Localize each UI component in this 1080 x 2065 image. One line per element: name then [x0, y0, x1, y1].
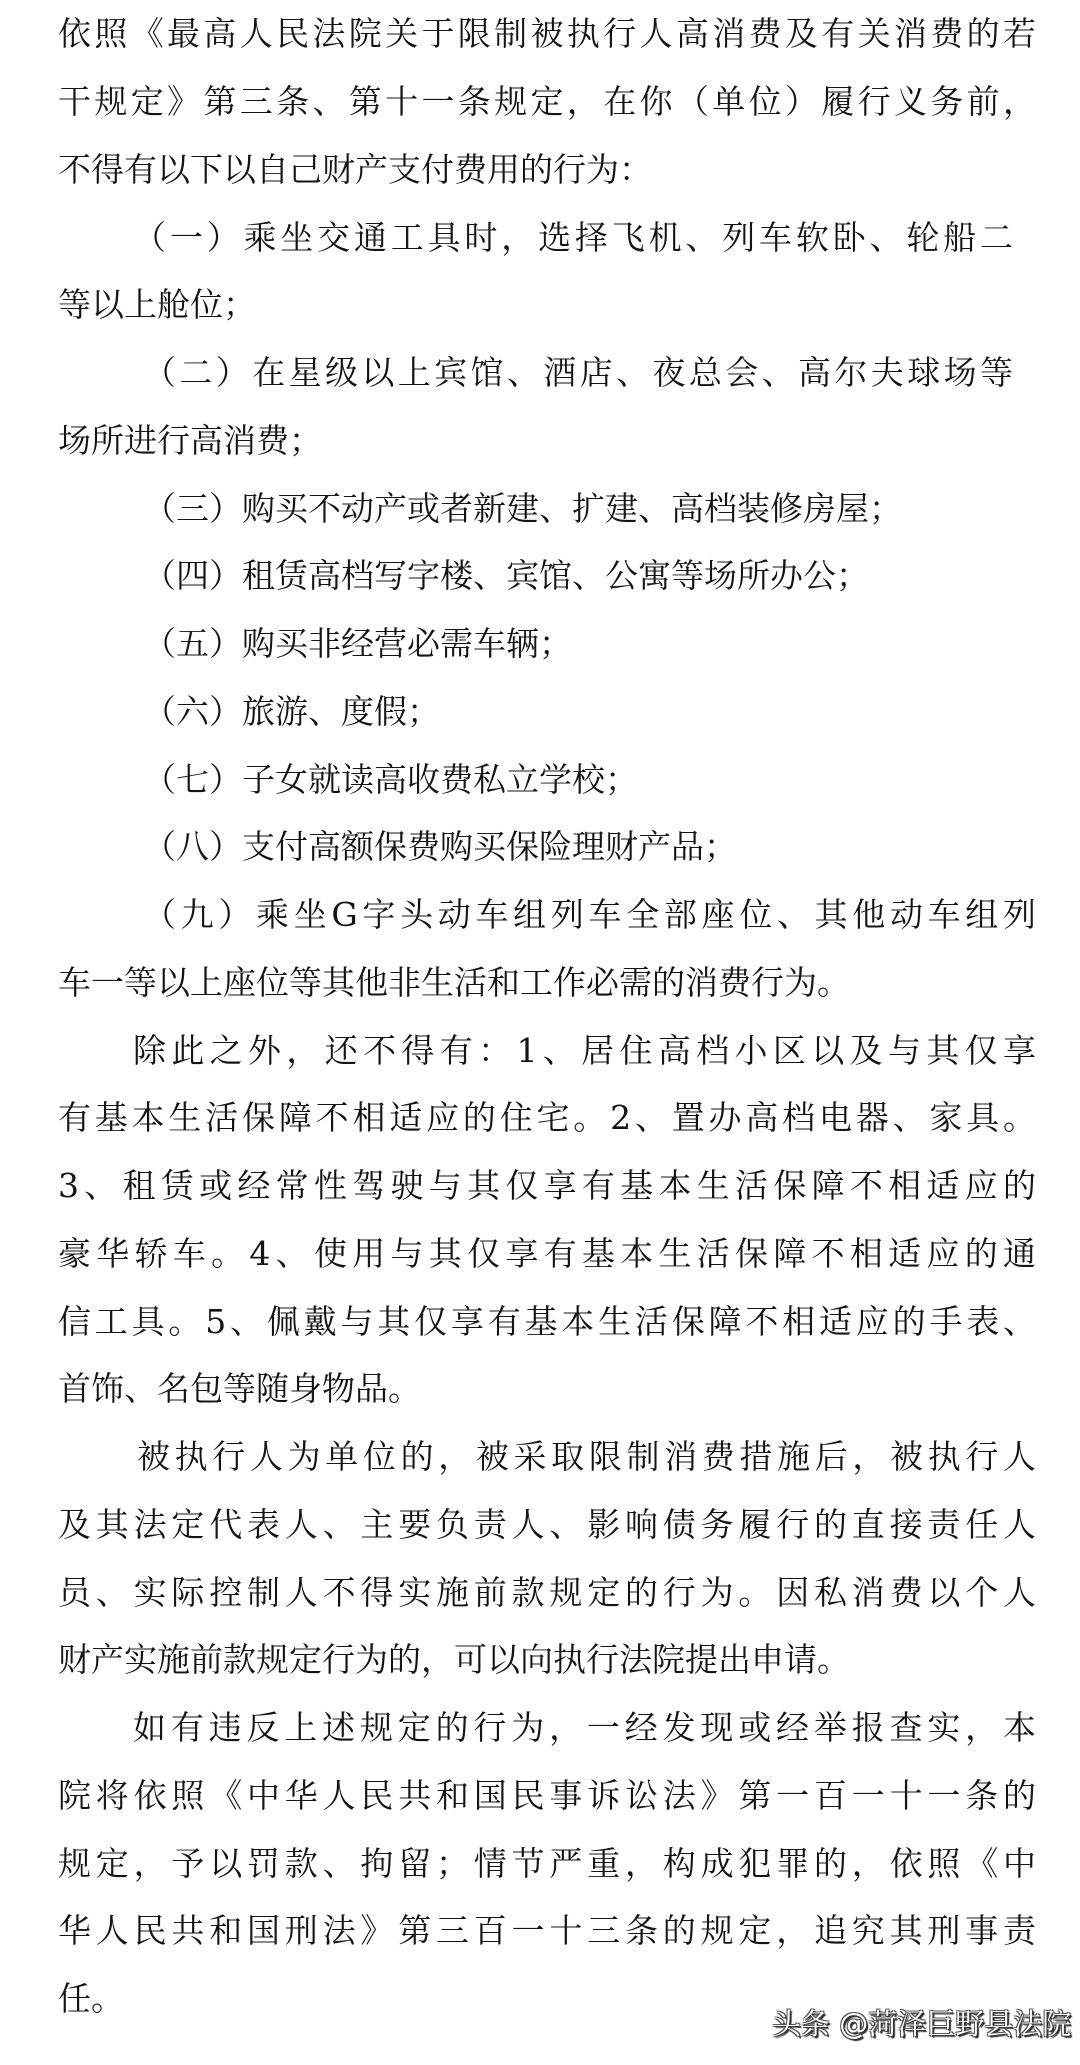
- list-item-5: （五）购买非经营必需车辆；: [143, 610, 1043, 678]
- text-line: 依照《最高人民法院关于限制被执行人高消费及有关消费的若: [58, 0, 1036, 68]
- list-item-7: （七）子女就读高收费私立学校；: [143, 746, 1043, 814]
- text-line: 院将依照《中华人民共和国民事诉讼法》第一百一十一条的: [58, 1762, 1036, 1830]
- text-line: 信工具。5、佩戴与其仅享有基本生活保障不相适应的手表、: [58, 1288, 1036, 1356]
- document-page: 依照《最高人民法院关于限制被执行人高消费及有关消费的若 干规定》第三条、第十一条…: [0, 0, 1080, 2065]
- text-line: 3、租赁或经常性驾驶与其仅享有基本生活保障不相适应的: [58, 1152, 1036, 1220]
- list-item-2-line: （二）在星级以上宾馆、酒店、夜总会、高尔夫球场等: [143, 339, 1013, 407]
- text-line: 如有违反上述规定的行为，一经发现或经举报查实，本: [133, 1694, 1036, 1762]
- text-line: 有基本生活保障不相适应的住宅。2、置办高档电器、家具。: [58, 1084, 1036, 1152]
- text-line: 被执行人为单位的，被采取限制消费措施后，被执行人: [137, 1423, 1036, 1491]
- list-item-3: （三）购买不动产或者新建、扩建、高档装修房屋；: [143, 475, 1043, 543]
- list-item-8: （八）支付高额保费购买保险理财产品；: [143, 813, 1043, 881]
- text-line: 财产实施前款规定行为的，可以向执行法院提出申请。: [58, 1626, 1036, 1694]
- text-line: 员、实际控制人不得实施前款规定的行为。因私消费以个人: [58, 1559, 1036, 1627]
- list-item-4: （四）租赁高档写字楼、宾馆、公寓等场所办公；: [143, 542, 1043, 610]
- list-item-9-line: （九）乘坐G字头动车组列车全部座位、其他动车组列: [143, 881, 1036, 949]
- list-item-6: （六）旅游、度假；: [143, 678, 1043, 746]
- text-line: 及其法定代表人、主要负责人、影响债务履行的直接责任人: [58, 1491, 1036, 1559]
- list-item-9-line: 车一等以上座位等其他非生活和工作必需的消费行为。: [58, 949, 1036, 1017]
- text-line: 不得有以下以自己财产支付费用的行为：: [58, 136, 1036, 204]
- list-item-2-line: 场所进行高消费；: [58, 407, 1036, 475]
- text-line: 规定，予以罚款、拘留；情节严重，构成犯罪的，依照《中: [58, 1830, 1036, 1898]
- text-line: 豪华轿车。4、使用与其仅享有基本生活保障不相适应的通: [58, 1220, 1036, 1288]
- text-line: 干规定》第三条、第十一条规定，在你（单位）履行义务前，: [58, 68, 1036, 136]
- text-line: 首饰、名包等随身物品。: [58, 1355, 1036, 1423]
- list-item-1-line: 等以上舱位；: [58, 271, 1036, 339]
- text-line: 华人民共和国刑法》第三百一十三条的规定，追究其刑事责: [58, 1897, 1036, 1965]
- source-watermark: 头条 @菏泽巨野县法院: [772, 2004, 1057, 2044]
- text-line: 除此之外，还不得有：1、居住高档小区以及与其仅享: [133, 1017, 1036, 1085]
- list-item-1-line: （一）乘坐交通工具时，选择飞机、列车软卧、轮船二: [133, 204, 1013, 272]
